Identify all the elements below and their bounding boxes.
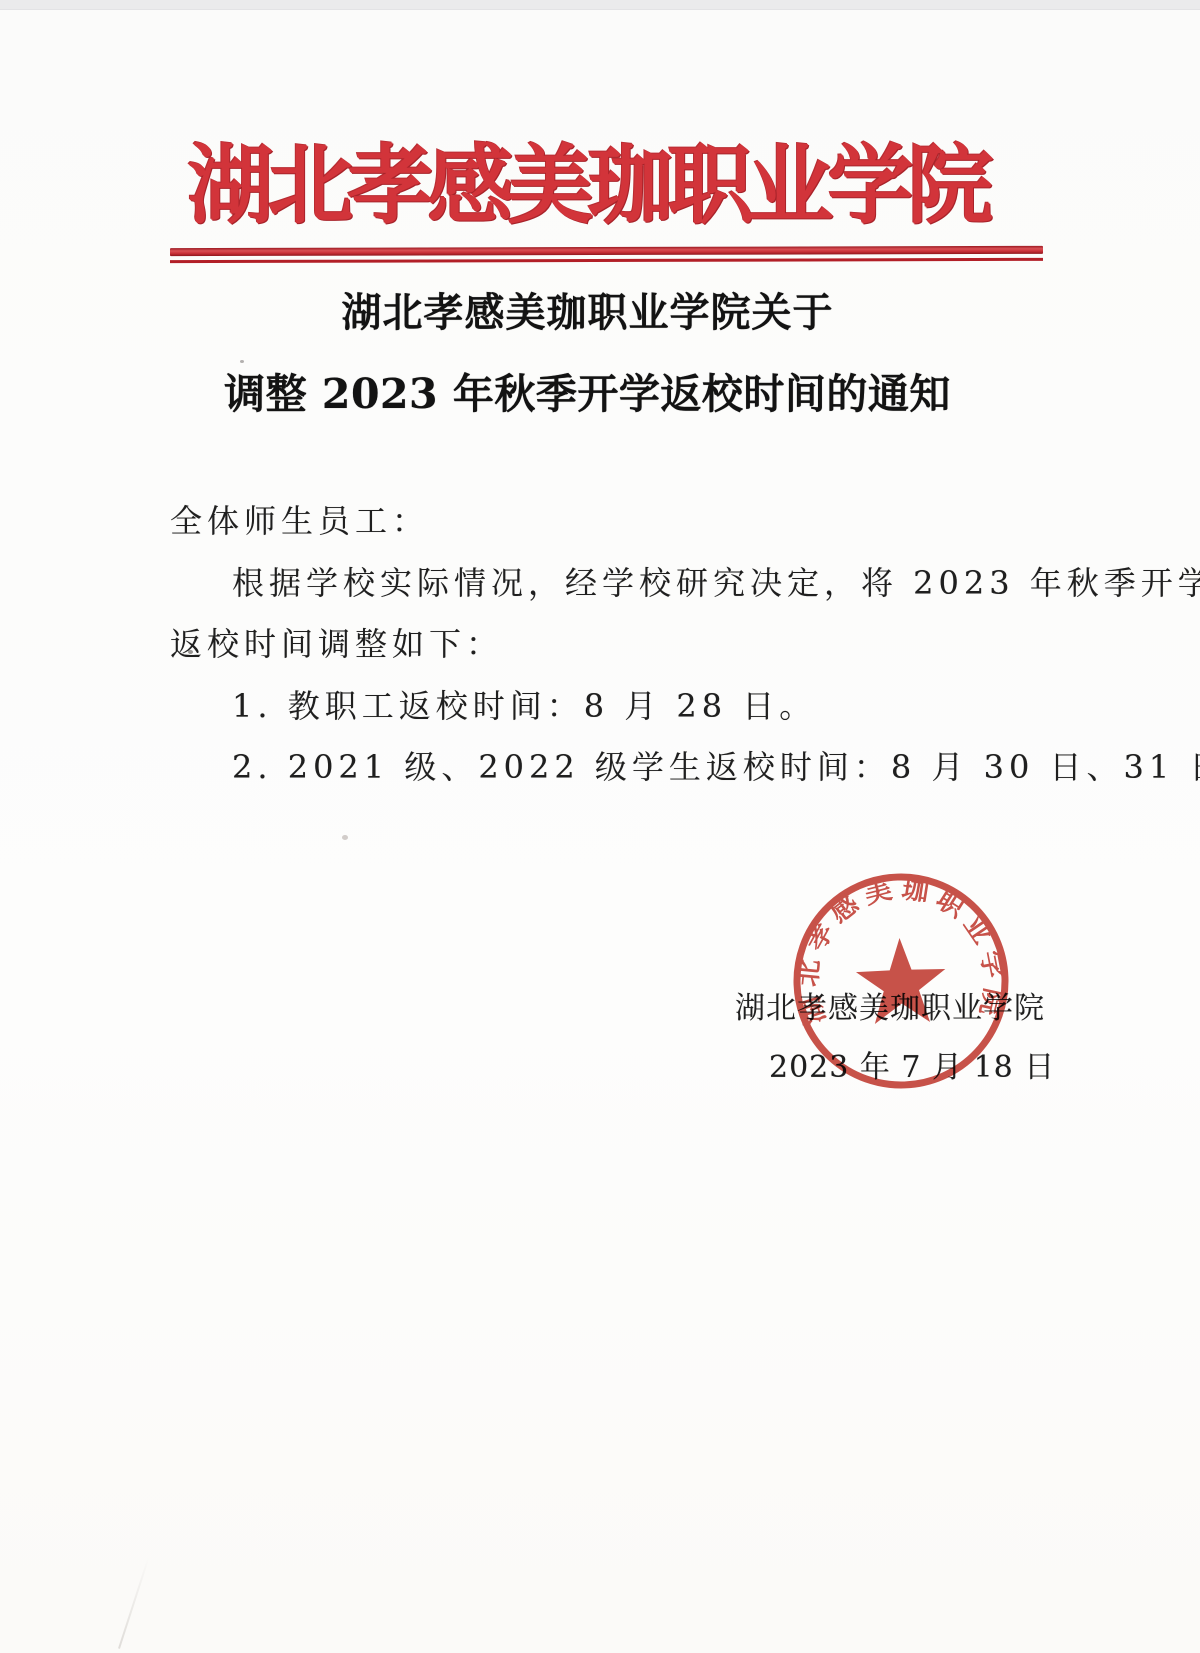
scan-edge-strip — [0, 0, 1200, 10]
list-item-1: 1. 教职工返校时间：8 月 28 日。 — [170, 685, 1050, 747]
scan-speck — [240, 360, 244, 363]
paragraph-line-1: 根据学校实际情况，经学校研究决定，将 2023 年秋季开学 — [170, 562, 1050, 624]
notice-body: 全体师生员工： 根据学校实际情况，经学校研究决定，将 2023 年秋季开学 返校… — [170, 500, 1050, 808]
letterhead-rule-thick — [170, 246, 1043, 256]
letterhead-org-name: 湖北孝感美珈职业学院 — [0, 116, 1175, 240]
letterhead-rule-thin — [170, 258, 1043, 263]
scan-speck — [342, 835, 348, 840]
salutation: 全体师生员工： — [170, 500, 1050, 562]
paper-crease — [118, 1556, 150, 1649]
scan-speck — [188, 650, 193, 654]
official-seal-stamp: 湖北孝感美珈职业学院 — [785, 865, 1017, 1097]
list-item-2: 2. 2021 级、2022 级学生返校时间：8 月 30 日、31 日。 — [170, 746, 1050, 808]
title-line-1: 湖北孝感美珈职业学院关于 — [0, 292, 1175, 334]
seal-star-icon — [855, 936, 947, 1024]
paragraph-line-2: 返校时间调整如下： — [170, 623, 1050, 685]
scanned-notice-page: 湖北孝感美珈职业学院 湖北孝感美珈职业学院关于 调整 2023 年秋季开学返校时… — [0, 0, 1200, 1653]
document-title: 湖北孝感美珈职业学院关于 调整 2023 年秋季开学返校时间的通知 — [0, 292, 1175, 416]
title-line-2: 调整 2023 年秋季开学返校时间的通知 — [0, 372, 1175, 416]
